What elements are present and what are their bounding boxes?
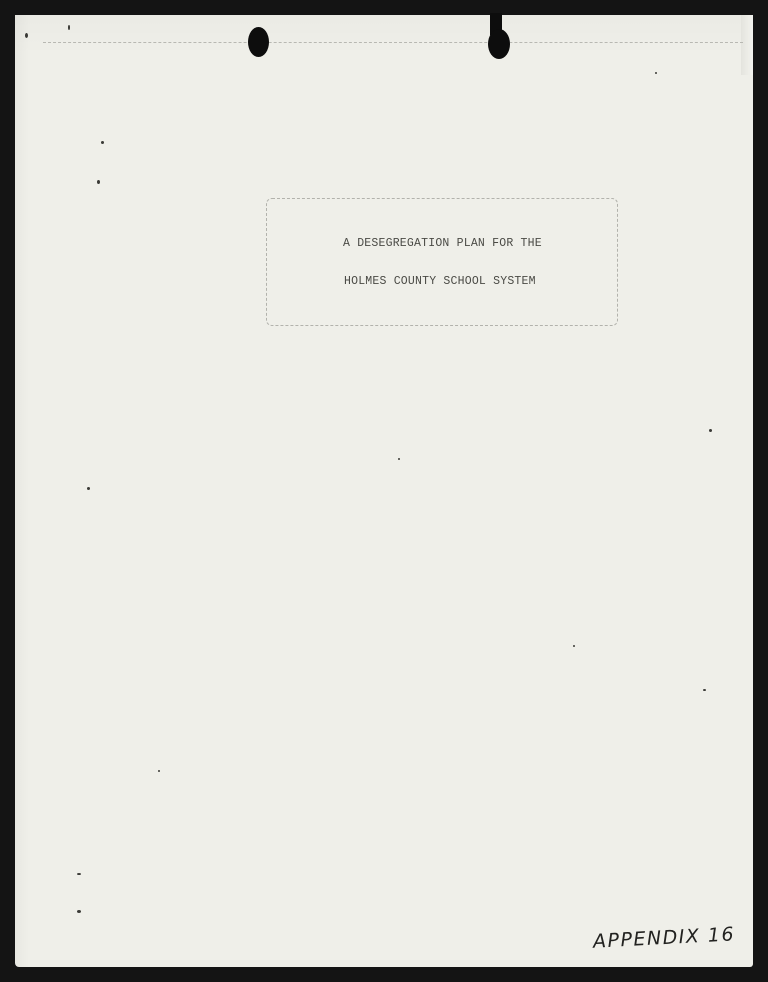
paper-fold (741, 15, 753, 75)
speck (703, 689, 706, 691)
speck (25, 33, 28, 38)
punch-hole-left (248, 27, 269, 57)
paper-sheet: A DESEGREGATION PLAN FOR THE HOLMES COUN… (15, 15, 753, 967)
appendix-annotation: APPENDIX 16 (593, 923, 736, 952)
speck (101, 141, 104, 144)
speck (68, 25, 70, 30)
perforation-line (43, 42, 743, 43)
punch-hole-right (488, 29, 510, 59)
title-line-1: A DESEGREGATION PLAN FOR THE (267, 237, 617, 250)
title-box: A DESEGREGATION PLAN FOR THE HOLMES COUN… (266, 198, 618, 326)
speck (398, 458, 400, 460)
speck (709, 429, 712, 432)
speck (77, 873, 81, 875)
speck (655, 72, 657, 74)
speck (573, 645, 575, 647)
speck (158, 770, 160, 772)
speck (97, 180, 100, 184)
speck (87, 487, 90, 490)
speck (77, 910, 81, 913)
scanned-page: A DESEGREGATION PLAN FOR THE HOLMES COUN… (0, 0, 768, 982)
title-line-2: HOLMES COUNTY SCHOOL SYSTEM (267, 275, 617, 288)
